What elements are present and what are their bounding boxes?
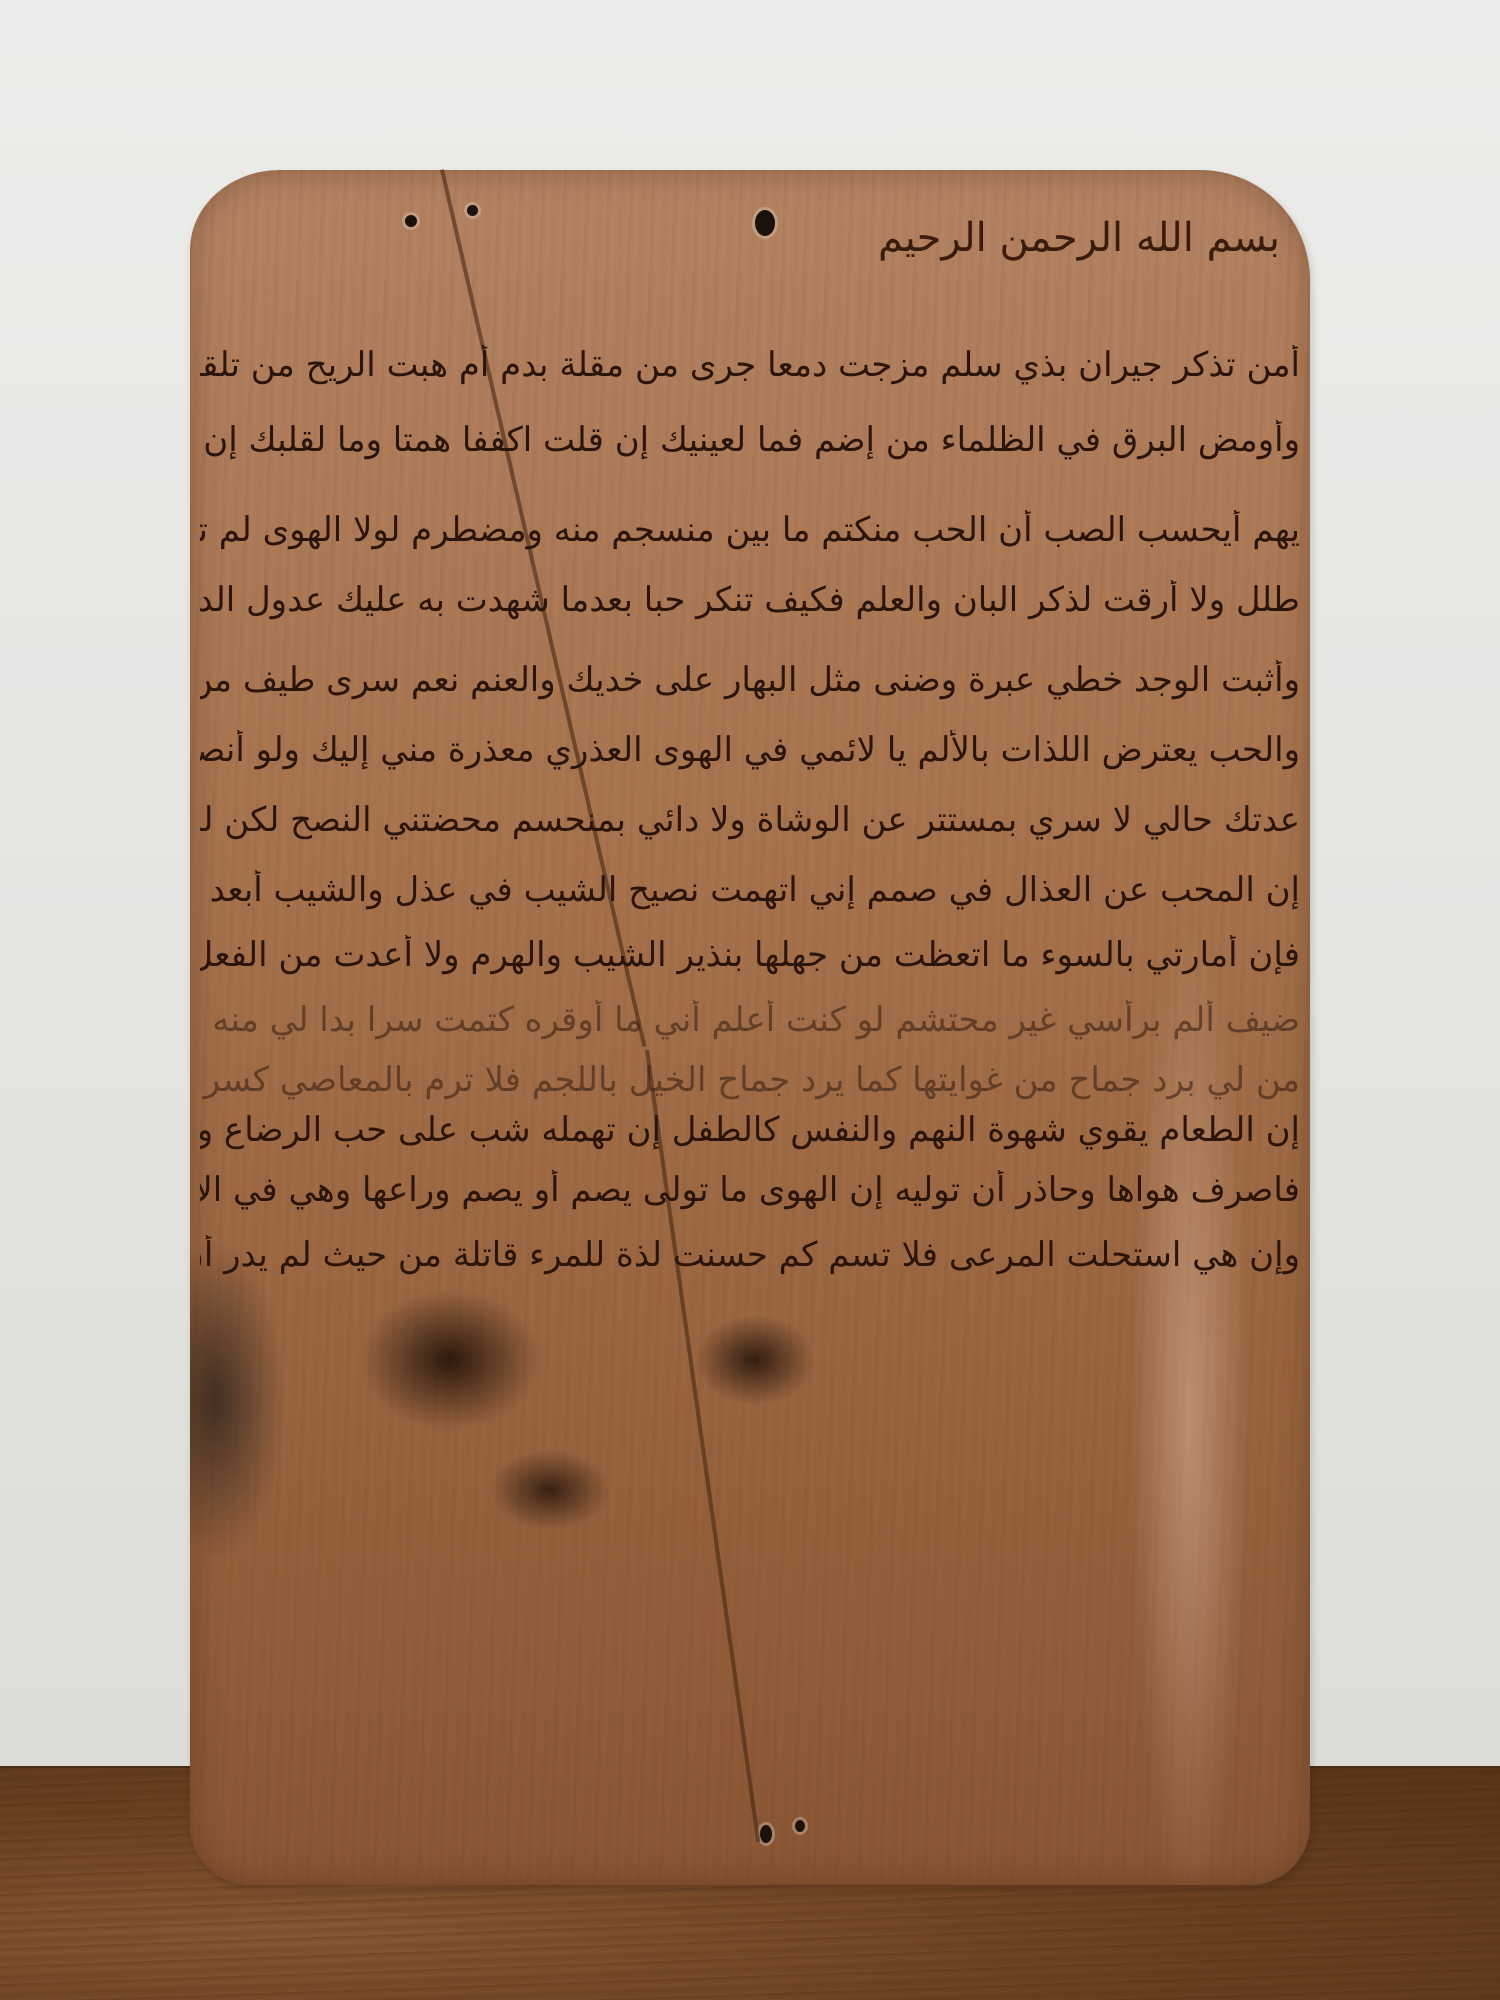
text-line: وإن هي استحلت المرعى فلا تسم كم حسنت لذة… [200,1235,1300,1275]
wood-crack-lower [645,1049,760,1842]
text-line: يهم أيحسب الصب أن الحب منكتم ما بين منسج… [200,510,1300,550]
text-line: وأومض البرق في الظلماء من إضم فما لعينيك… [200,420,1300,460]
tablet-heading-basmala: بسم الله الرحمن الرحيم [680,215,1280,261]
text-line: إن الطعام يقوي شهوة النهم والنفس كالطفل … [200,1110,1300,1150]
text-line: من لي برد جماح من غوايتها كما يرد جماح ا… [200,1060,1300,1100]
nail-hole-bottom-1 [760,1825,772,1843]
nail-hole-bottom-2 [795,1820,805,1832]
nail-hole-top-left-1 [405,215,417,227]
text-line: والحب يعترض اللذات بالألم يا لائمي في ال… [200,730,1300,770]
nail-hole-top-left-2 [467,205,478,216]
text-line: ضيف ألم برأسي غير محتشم لو كنت أعلم أني … [200,1000,1300,1040]
text-line: فإن أمارتي بالسوء ما اتعظت من جهلها بنذي… [200,935,1300,975]
text-line: فاصرف هواها وحاذر أن توليه إن الهوى ما ت… [200,1170,1300,1210]
text-line: طلل ولا أرقت لذكر البان والعلم فكيف تنكر… [200,580,1300,620]
text-line: عدتك حالي لا سري بمستتر عن الوشاة ولا دا… [200,800,1300,840]
text-line: أمن تذكر جيران بذي سلم مزجت دمعا جرى من … [200,345,1300,385]
text-line: وأثبت الوجد خطي عبرة وضنى مثل البهار على… [200,660,1300,700]
text-line: إن المحب عن العذال في صمم إني اتهمت نصيح… [200,870,1300,910]
